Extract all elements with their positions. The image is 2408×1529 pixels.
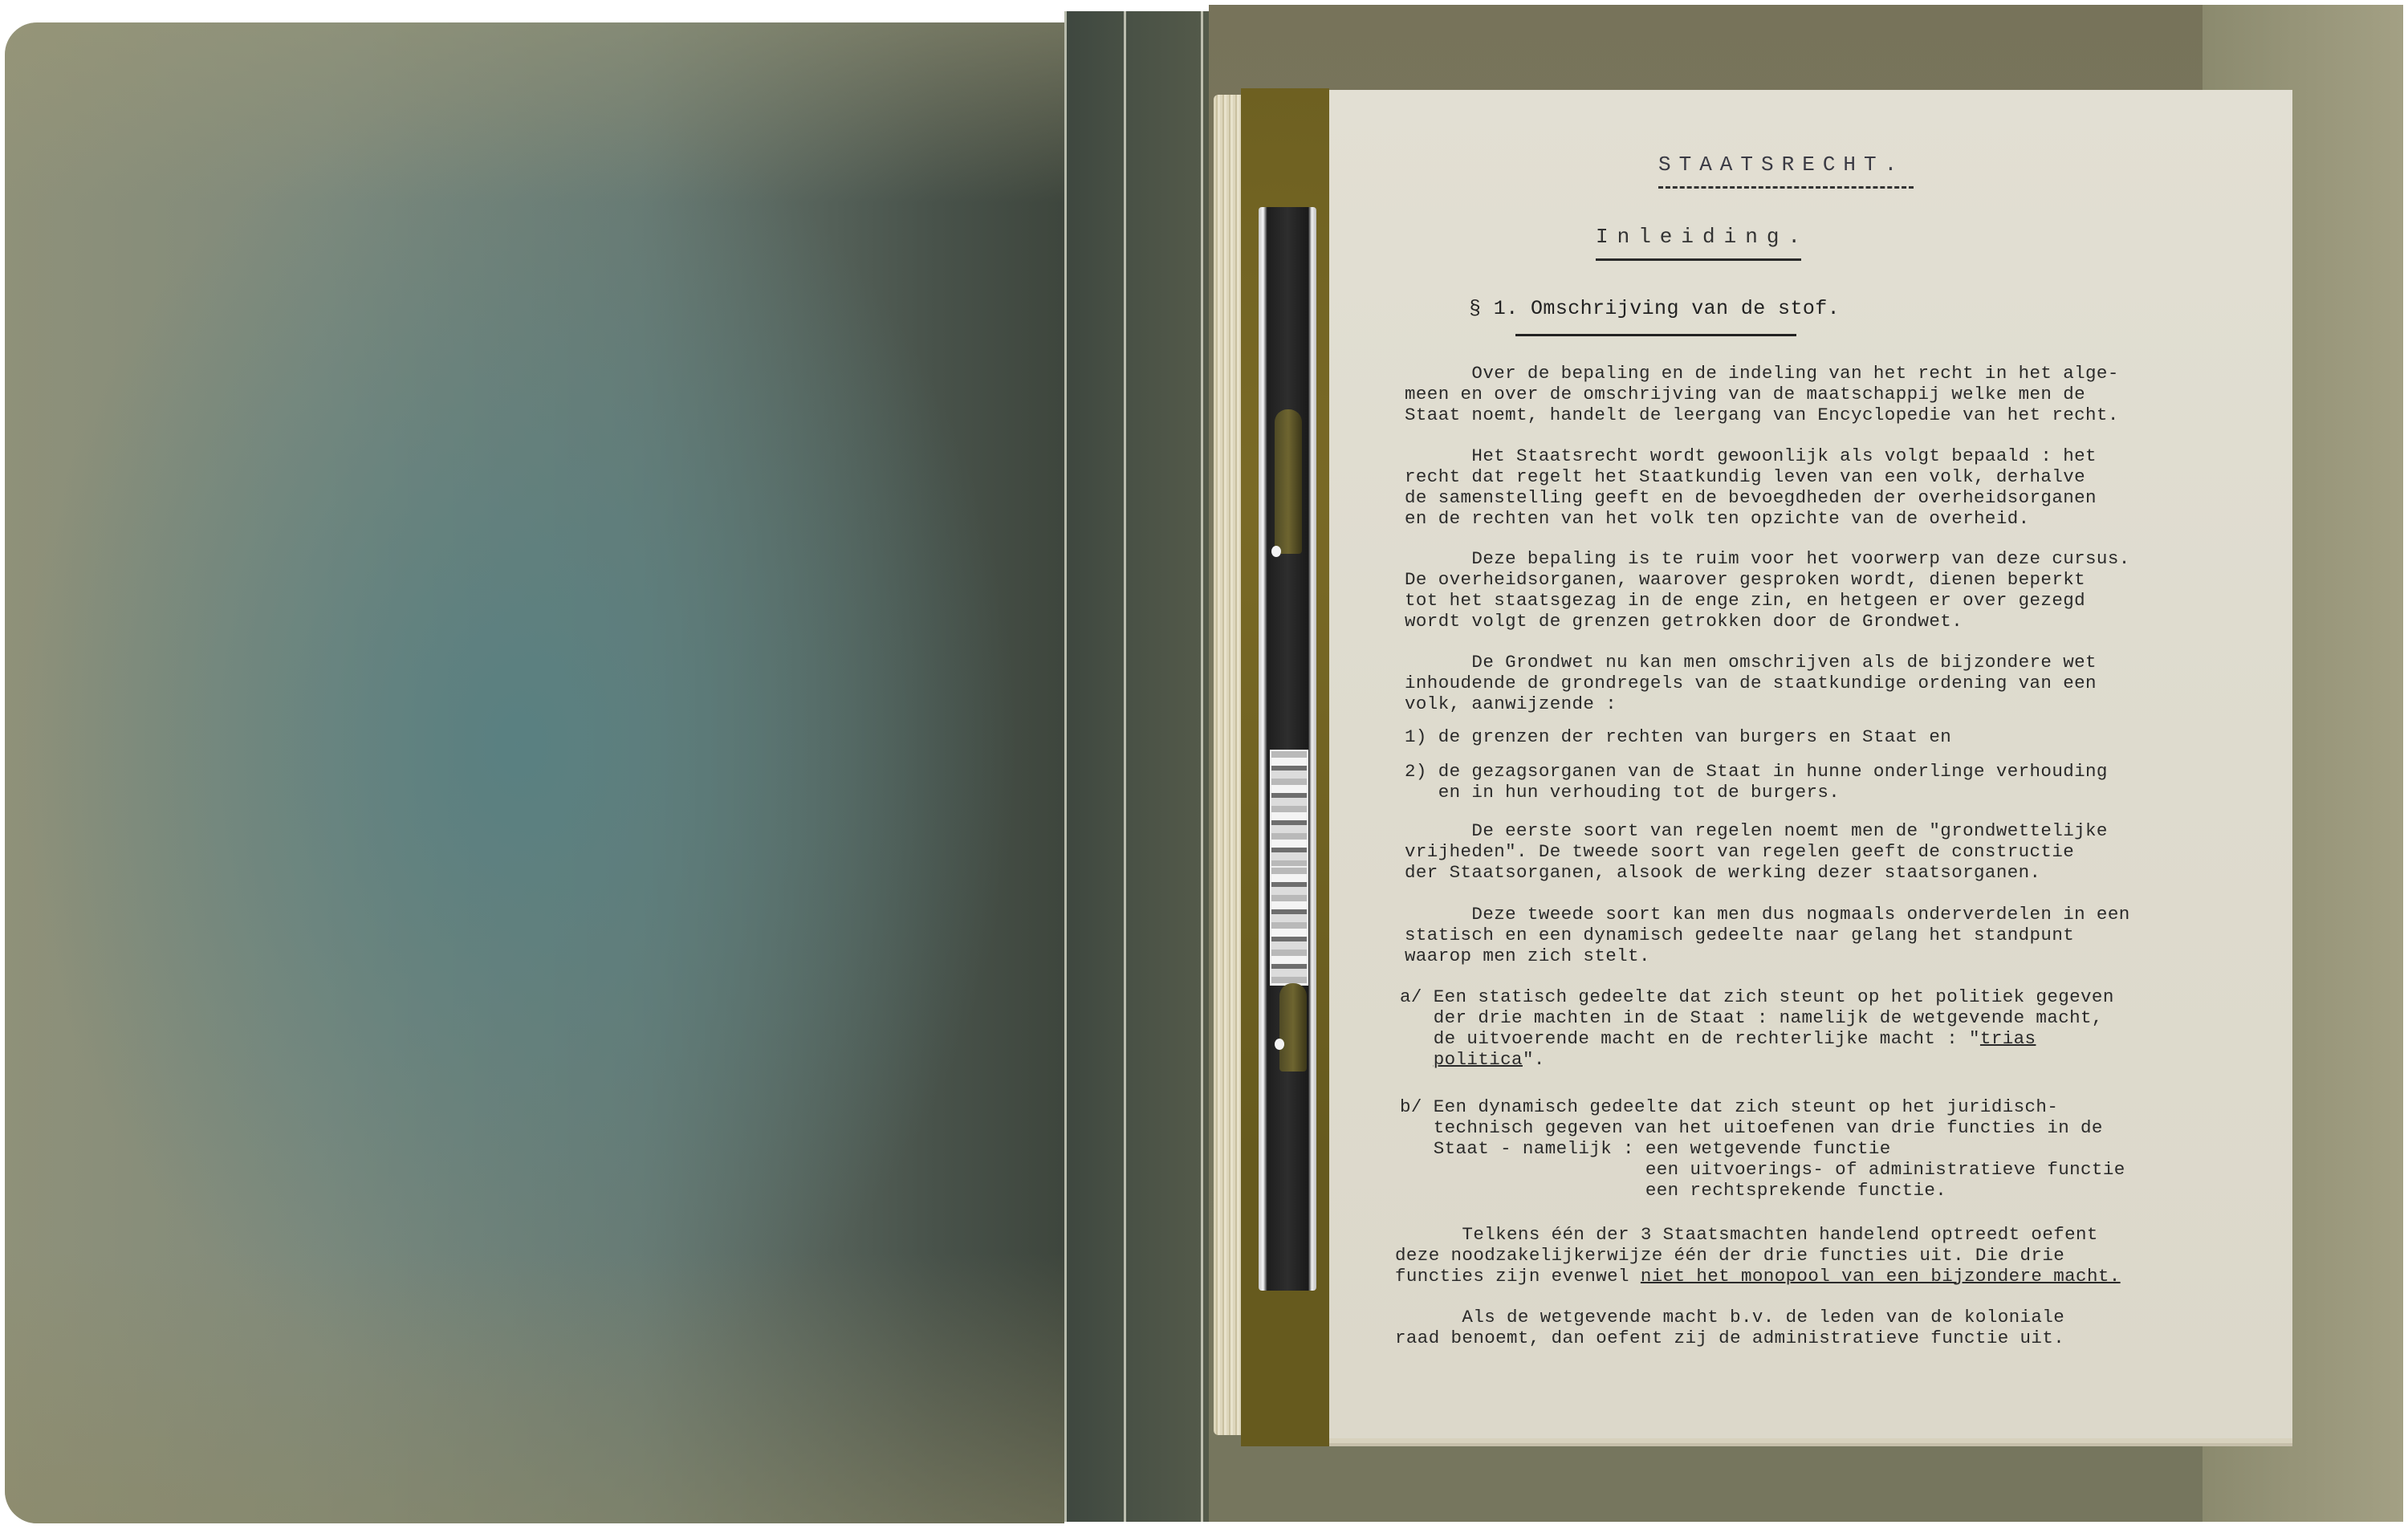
text-line: de uitvoerende macht en de rechterlijke …: [1400, 1028, 2036, 1049]
text-line: Deze bepaling is te ruim voor het voorwe…: [1405, 548, 2130, 569]
text-line: en in hun verhouding tot de burgers.: [1405, 782, 1840, 803]
folder-front-cover: [5, 22, 1064, 1523]
text-line: De eerste soort van regelen noemt men de…: [1405, 820, 2108, 841]
text-line: Telkens één der 3 Staatsmachten handelen…: [1395, 1224, 2098, 1245]
text-line: Als de wetgevende macht b.v. de leden va…: [1395, 1307, 2064, 1328]
text-line: meen en over de omschrijving van de maat…: [1405, 384, 2085, 405]
text-line: Staat - namelijk : een wetgevende functi…: [1400, 1138, 1891, 1159]
text-line: der Staatsorganen, alsook de werking dez…: [1405, 862, 2040, 883]
title-underline: [1658, 186, 1914, 189]
spine-crease: [1124, 11, 1126, 1522]
folder-spine: [1064, 11, 1209, 1522]
text-line: statisch en een dynamisch gedeelte naar …: [1405, 925, 2074, 945]
text-line: tot het staatsgezag in de enge zin, en h…: [1405, 590, 2085, 611]
text-line: Staat noemt, handelt de leergang van Enc…: [1405, 405, 2119, 425]
text-line: Over de bepaling en de indeling van het …: [1405, 363, 2119, 384]
fastener-tab-top[interactable]: [1275, 409, 1302, 554]
text-line: raad benoemt, dan oefent zij de administ…: [1395, 1328, 2064, 1348]
text-line: politica".: [1400, 1049, 1545, 1070]
text-line: De overheidsorganen, waarover gesproken …: [1405, 569, 2085, 590]
section-underline: [1515, 334, 1796, 336]
text-line: en de rechten van het volk ten opzichte …: [1405, 508, 2030, 529]
text-line: vrijheden". De tweede soort van regelen …: [1405, 841, 2074, 862]
text-line: recht dat regelt het Staatkundig leven v…: [1405, 466, 2085, 487]
text-line: inhoudende de grondregels van de staatku…: [1405, 673, 2097, 693]
punch-hole: [1271, 546, 1281, 557]
spine-crease: [1201, 11, 1203, 1522]
fastener-slider[interactable]: [1270, 750, 1308, 869]
metal-fastener[interactable]: [1259, 207, 1316, 1291]
text-line: a/ Een statisch gedeelte dat zich steunt…: [1400, 986, 2114, 1007]
text-line: de samenstelling geeft en de bevoegdhede…: [1405, 487, 2097, 508]
fastener-tab-bottom[interactable]: [1279, 983, 1307, 1072]
punch-hole: [1275, 1039, 1284, 1050]
spine-crease: [1064, 11, 1067, 1522]
text-line: Het Staatsrecht wordt gewoonlijk als vol…: [1405, 445, 2097, 466]
text-line: der drie machten in de Staat : namelijk …: [1400, 1007, 2103, 1028]
section-heading: § 1. Omschrijving van de stof.: [1469, 299, 1840, 319]
text-line: technisch gegeven van het uitoefenen van…: [1400, 1117, 2103, 1138]
document-title: STAATSRECHT.: [1658, 154, 1905, 175]
text-line: functies zijn evenwel niet het monopool …: [1395, 1266, 2121, 1287]
text-line: De Grondwet nu kan men omschrijven als d…: [1405, 652, 2097, 673]
text-line: 2) de gezagsorganen van de Staat in hunn…: [1405, 761, 2108, 782]
text-line: wordt volgt de grenzen getrokken door de…: [1405, 611, 1963, 632]
text-line: Deze tweede soort kan men dus nogmaals o…: [1405, 904, 2130, 925]
text-line: waarop men zich stelt.: [1405, 945, 1650, 966]
text-line: een uitvoerings- of administratieve func…: [1400, 1159, 2125, 1180]
text-line: deze noodzakelijkerwijze één der drie fu…: [1395, 1245, 2064, 1266]
text-line: een rechtsprekende functie.: [1400, 1180, 1946, 1201]
text-line: volk, aanwijzende :: [1405, 693, 1617, 714]
subtitle-underline: [1596, 258, 1801, 261]
text-line: 1) de grenzen der rechten van burgers en…: [1405, 726, 1951, 747]
text-line: b/ Een dynamisch gedeelte dat zich steun…: [1400, 1096, 2058, 1117]
document-subtitle: Inleiding.: [1596, 226, 1809, 247]
fastener-slider[interactable]: [1270, 866, 1308, 986]
